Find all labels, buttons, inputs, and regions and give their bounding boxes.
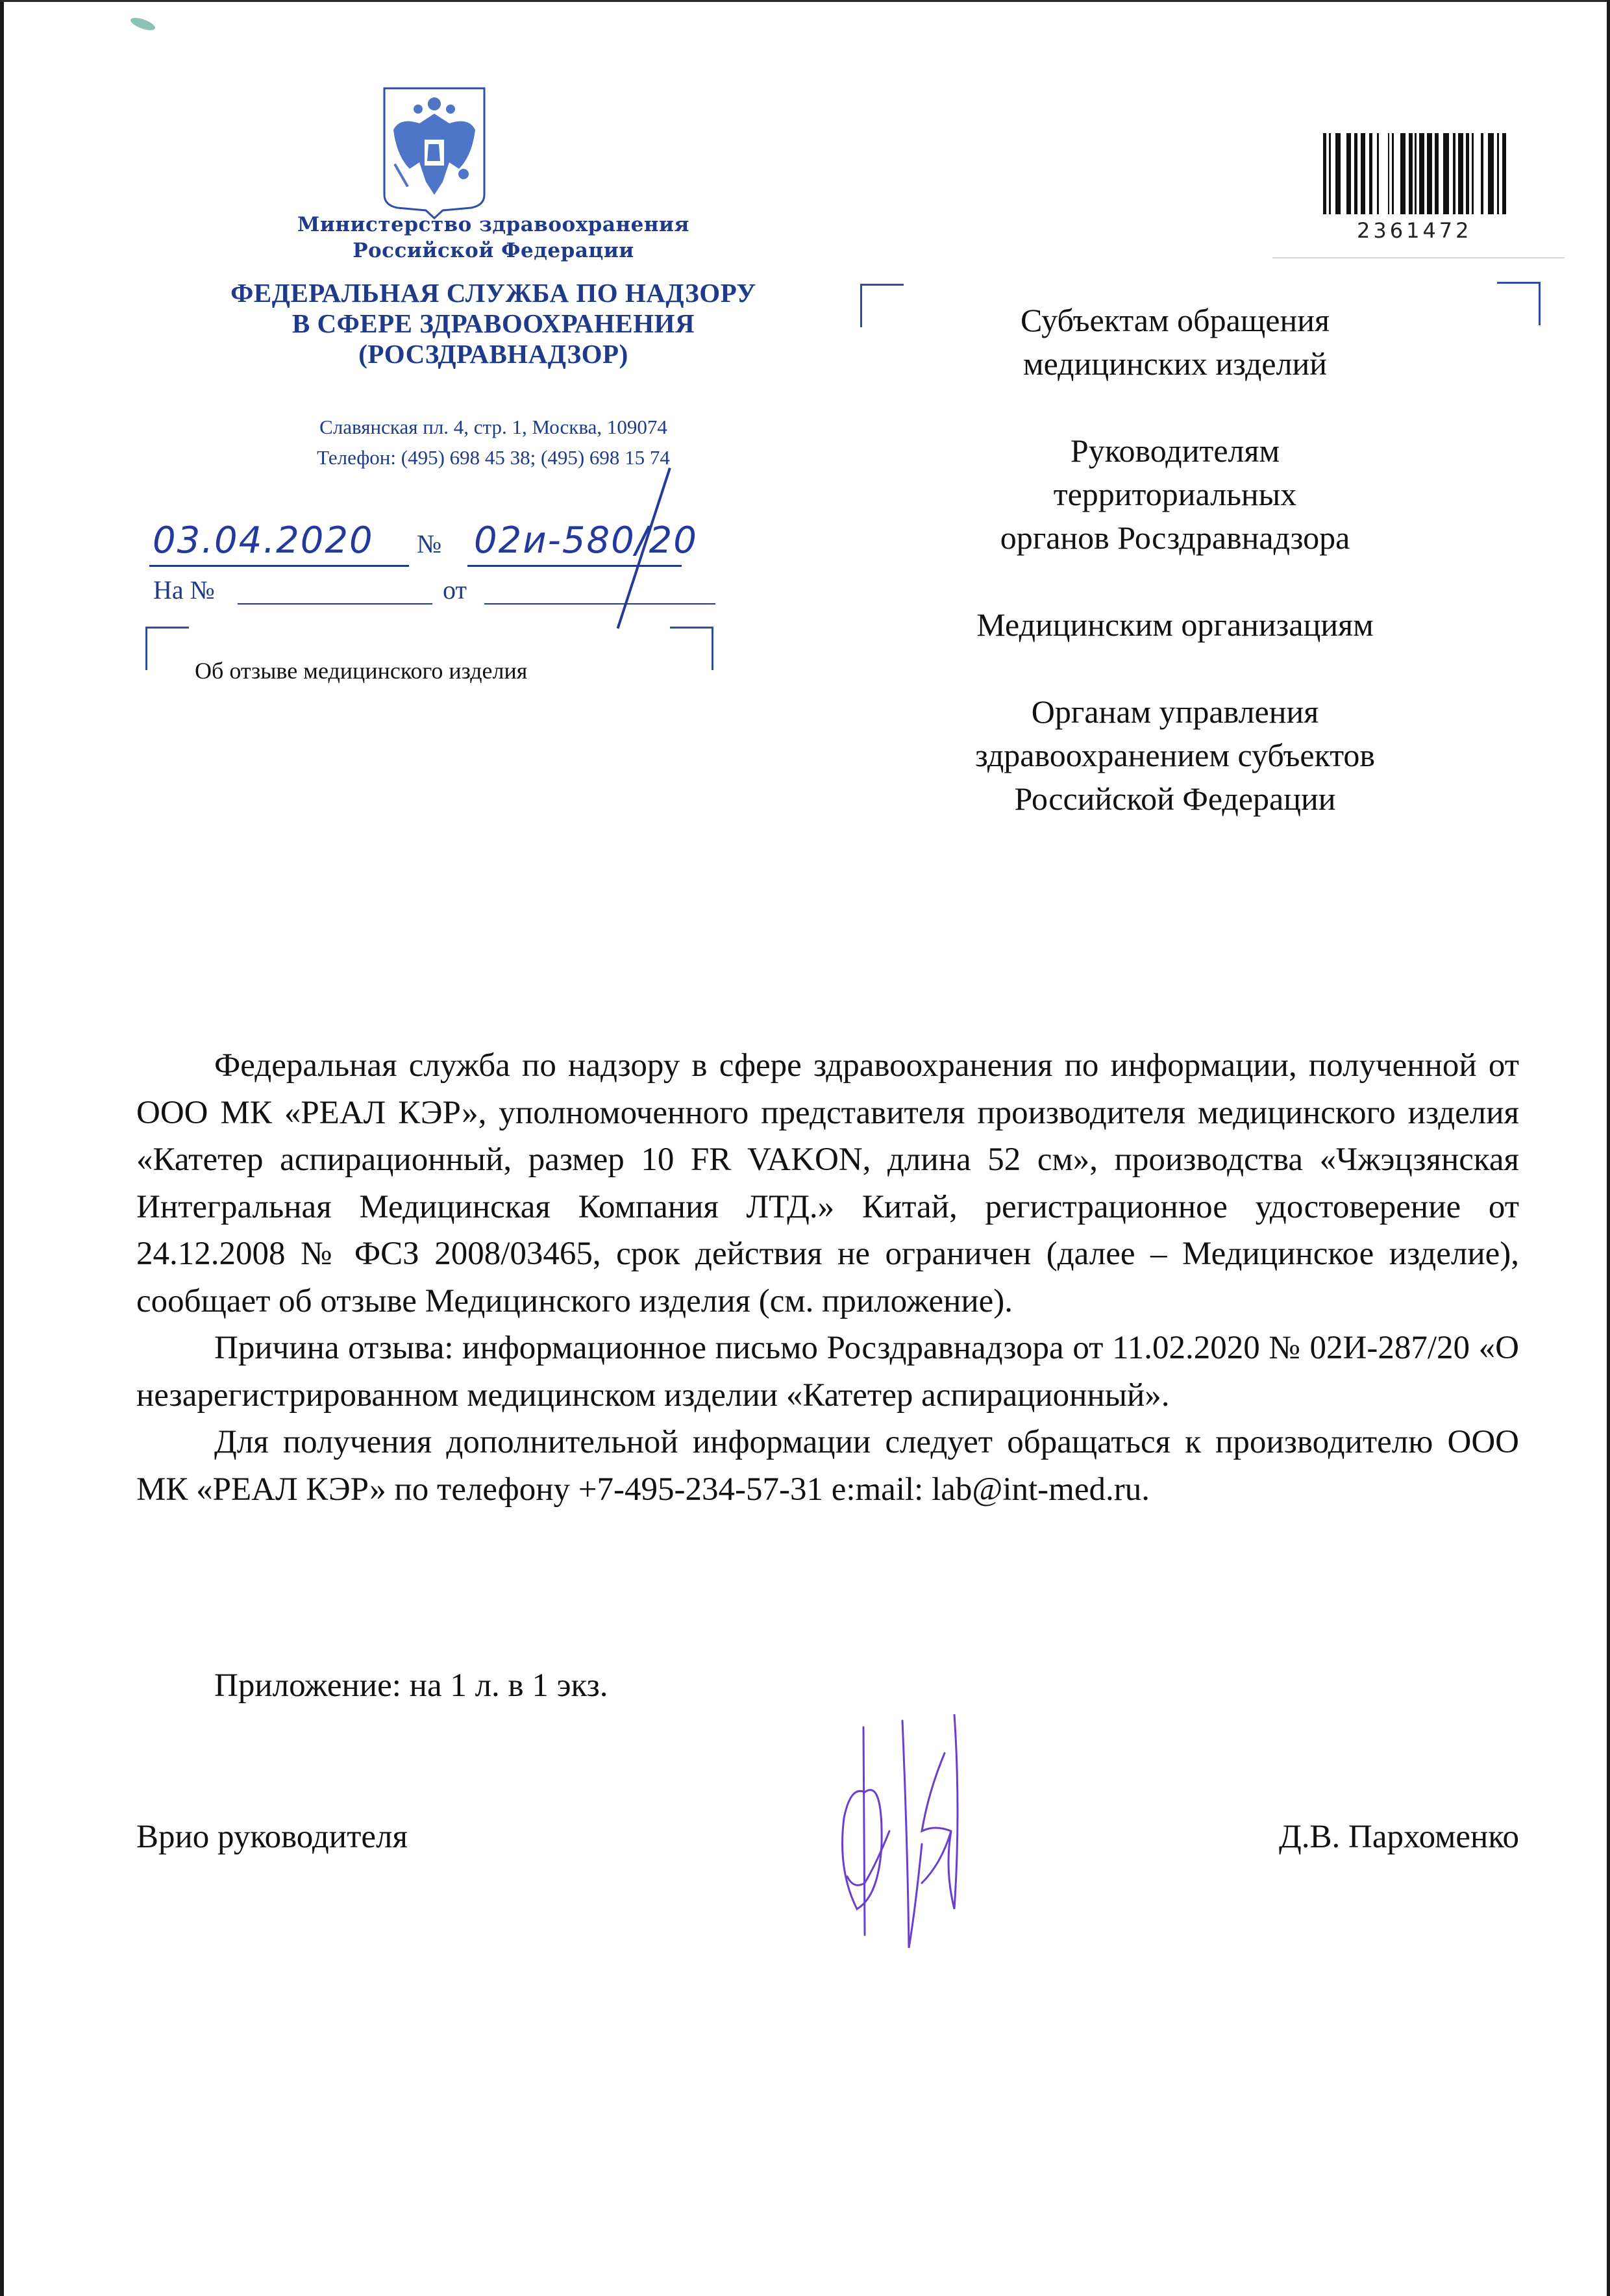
registration-line: 03.04.2020 № 02и-580/20 [149,513,831,571]
date-underline [149,565,409,567]
addressee-line: Руководителям [896,429,1454,473]
scan-border-top [0,0,1610,2]
registration-date: 03.04.2020 [153,519,374,562]
reply-to-field [238,603,432,605]
addressee-line: Органам управления [896,690,1454,734]
service-line-1: ФЕДЕРАЛЬНАЯ СЛУЖБА ПО НАДЗОРУ [136,278,850,308]
letterhead-phone: Телефон: (495) 698 45 38; (495) 698 15 7… [136,442,850,473]
letter-subject: Об отзыве медицинского изделия [195,657,527,684]
number-underline [467,565,682,567]
number-label: № [417,529,441,559]
letter-body: Федеральная служба по надзору в сфере зд… [136,1042,1519,1513]
handwritten-signature-icon [831,1714,1026,1974]
barcode-number: 2361472 [1357,218,1472,243]
addressee-line: территориальных [896,473,1454,516]
addressee-group: Субъектам обращения медицинских изделий [896,299,1454,386]
addressee-line: органов Росздравнадзора [896,516,1454,560]
barcode-divider [1272,257,1565,258]
registration-number: 02и-580/20 [474,519,698,562]
scan-border-right [1607,0,1610,2296]
reply-from-label: от [443,575,467,605]
attachment-note: Приложение: на 1 л. в 1 экз. [214,1667,608,1704]
service-line-2: В СФЕРЕ ЗДРАВООХРАНЕНИЯ [136,308,850,339]
body-paragraph-recall-reason: Причина отзыва: информационное письмо Ро… [136,1325,1519,1419]
addressee-line: Медицинским организациям [896,603,1454,647]
subject-bracket-left [145,627,189,670]
addressee-line: Субъектам обращения [896,299,1454,342]
subject-bracket-right [670,627,713,670]
addressee-line: здравоохранением субъектов [896,734,1454,777]
addressee-group: Органам управления здравоохранением субъ… [896,690,1454,821]
scan-smudge [129,16,156,33]
addressee-line: Российской Федерации [896,777,1454,821]
addressee-line: медицинских изделий [896,342,1454,386]
coat-of-arms-icon [380,84,488,219]
body-paragraph-contact-info: Для получения дополнительной информации … [136,1419,1519,1513]
letterhead-address: Славянская пл. 4, стр. 1, Москва, 109074 [136,412,850,442]
signatory-name: Д.В. Пархоменко [1279,1818,1519,1856]
barcode [1323,133,1518,214]
addressee-group: Руководителям территориальных органов Ро… [896,429,1454,560]
addressee-group: Медицинским организациям [896,603,1454,647]
barcode-icon [1323,133,1518,214]
reply-from-field [484,603,715,605]
reply-to-label: На № [153,575,215,605]
signatory-role: Врио руководителя [136,1818,408,1856]
ministry-line-2: Российской Федерации [136,238,850,264]
addressee-bracket-right [1497,282,1541,325]
ministry-line-1: Министерство здравоохранения [136,212,850,238]
body-paragraph-recall-notice: Федеральная служба по надзору в сфере зд… [136,1042,1519,1325]
letterhead-contacts: Славянская пл. 4, стр. 1, Москва, 109074… [136,412,850,473]
service-name: ФЕДЕРАЛЬНАЯ СЛУЖБА ПО НАДЗОРУ В СФЕРЕ ЗД… [136,278,850,369]
service-line-3: (РОСЗДРАВНАДЗОР) [136,339,850,369]
ministry-name: Министерство здравоохранения Российской … [136,212,850,264]
addressee-block: Субъектам обращения медицинских изделий … [896,299,1454,864]
scan-border-left [0,0,4,2296]
